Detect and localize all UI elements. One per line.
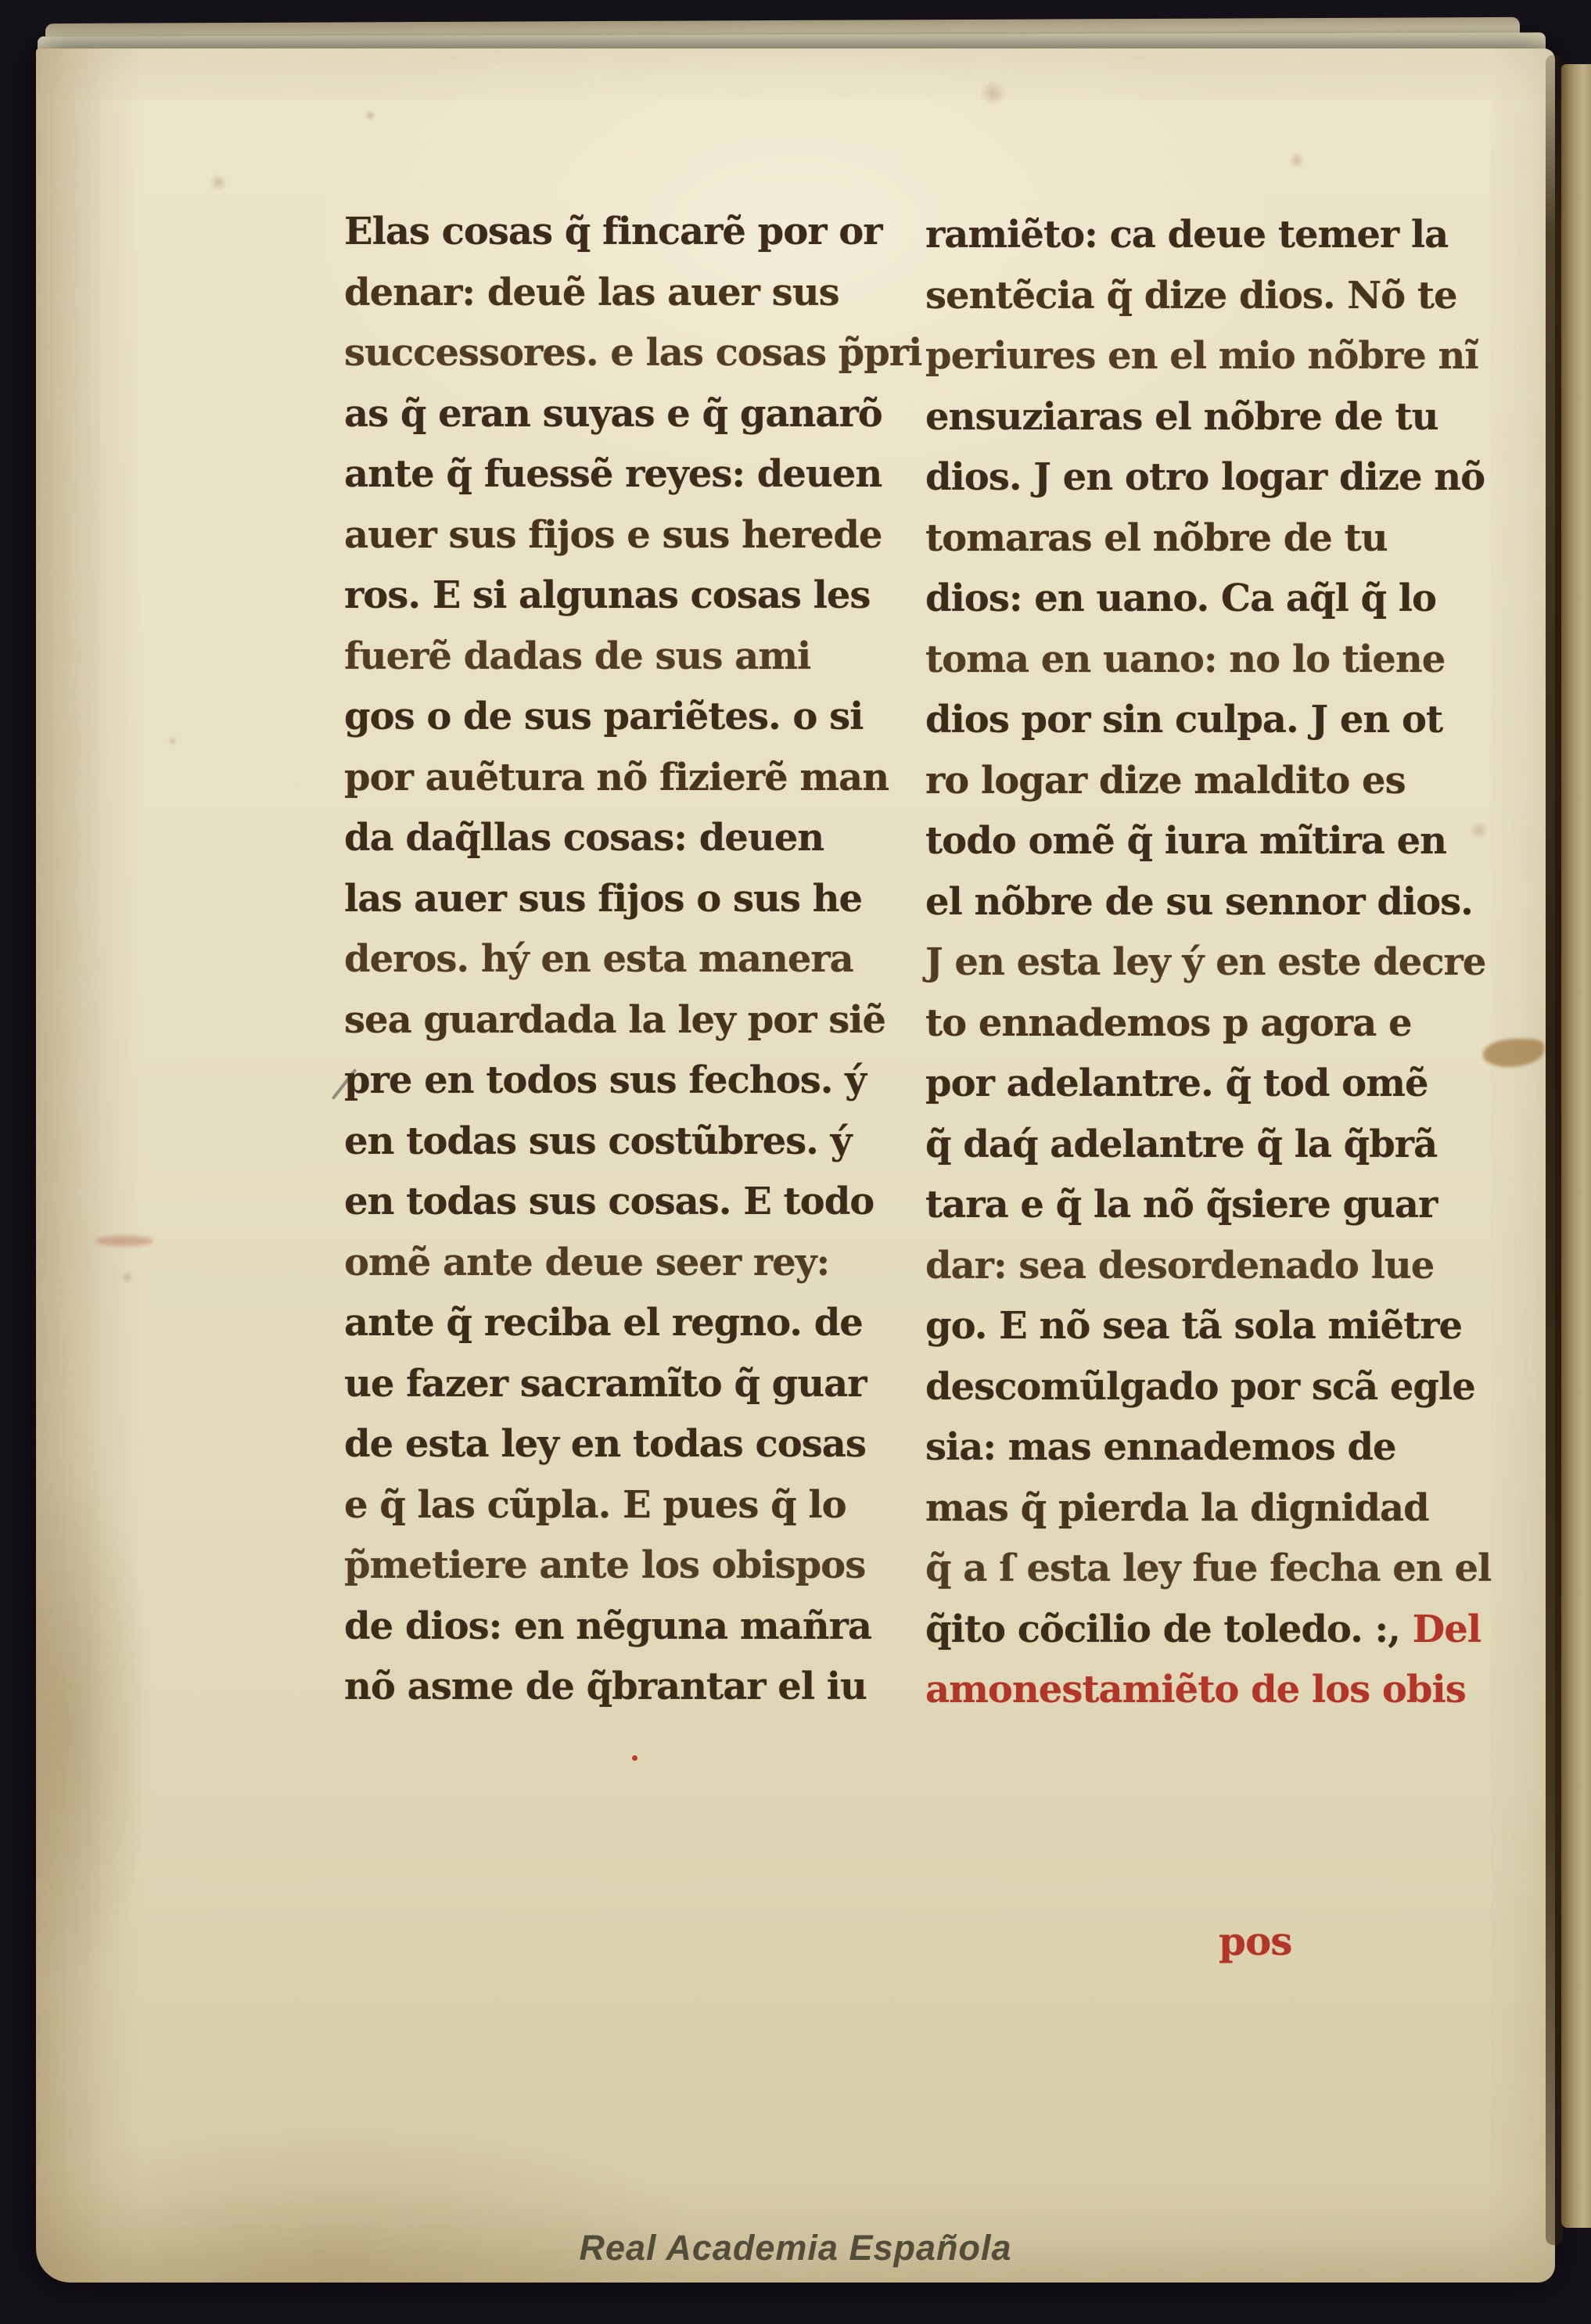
ink-text: ante q̃ reciba el regno. de bbox=[344, 1301, 863, 1345]
manuscript-photo: Elas cosas q̃ fincarẽ por ordenar: deuẽ … bbox=[0, 0, 1591, 2324]
ink-text: J en esta ley ý en este decre bbox=[925, 940, 1485, 984]
manuscript-line: toma en uano: no lo tiene bbox=[925, 630, 1496, 691]
manuscript-line: mas q̃ pierda la dignidad bbox=[925, 1478, 1496, 1539]
ink-text: periures en el mio nõbre nĩ bbox=[925, 334, 1478, 378]
ink-text: q̃ daq́ adelantre q̃ la q̃brã bbox=[925, 1122, 1437, 1166]
ink-text: pre en todos sus fechos. ý bbox=[344, 1058, 866, 1102]
ink-text: p̃metiere ante los obispos bbox=[344, 1543, 865, 1587]
manuscript-line: denar: deuẽ las auer sus bbox=[344, 263, 900, 324]
ink-text: auer sus fijos e sus herede bbox=[344, 513, 882, 557]
manuscript-line: de esta ley en todas cosas bbox=[344, 1414, 900, 1475]
ink-text: toma en uano: no lo tiene bbox=[925, 638, 1445, 681]
manuscript-line: todo omẽ q̃ iura mĩtira en bbox=[925, 811, 1496, 872]
manuscript-line: amonestamiẽto de los obis bbox=[925, 1660, 1496, 1721]
manuscript-line: dios por sin culpa. J en ot bbox=[925, 690, 1496, 751]
manuscript-line: ue fazer sacramĩto q̃ guar bbox=[344, 1354, 900, 1415]
ink-text: ros. E si algunas cosas les bbox=[344, 573, 870, 617]
ink-text: gos o de sus pariẽtes. o si bbox=[344, 695, 863, 738]
manuscript-line: J en esta ley ý en este decre bbox=[925, 932, 1496, 993]
manuscript-line: e q̃ las cũpla. E pues q̃ lo bbox=[344, 1475, 900, 1536]
manuscript-line: ro logar dize maldito es bbox=[925, 751, 1496, 812]
manuscript-line: tara e q̃ la nõ q̃siere guar bbox=[925, 1175, 1496, 1236]
manuscript-line: periures en el mio nõbre nĩ bbox=[925, 326, 1496, 387]
ink-text: dios por sin culpa. J en ot bbox=[925, 698, 1442, 742]
manuscript-line: gos o de sus pariẽtes. o si bbox=[344, 687, 900, 748]
manuscript-line: en todas sus costũbres. ý bbox=[344, 1112, 900, 1173]
red-pigment-smudge bbox=[95, 1236, 153, 1246]
ink-text: dios: en uano. Ca aq̃l q̃ lo bbox=[925, 577, 1436, 620]
manuscript-line: de dios: en nẽguna mañra bbox=[344, 1597, 900, 1658]
ink-text: dar: sea desordenado lue bbox=[925, 1244, 1434, 1288]
manuscript-line: sentẽcia q̃ dize dios. Nõ te bbox=[925, 266, 1496, 327]
ink-text: todo omẽ q̃ iura mĩtira en bbox=[925, 819, 1446, 863]
ink-text: ue fazer sacramĩto q̃ guar bbox=[344, 1362, 866, 1406]
manuscript-line: Elas cosas q̃ fincarẽ por or bbox=[344, 202, 900, 263]
ink-text: to ennademos p agora e bbox=[925, 1001, 1412, 1045]
manuscript-line: dar: sea desordenado lue bbox=[925, 1236, 1496, 1297]
manuscript-line: go. E nõ sea tã sola miẽtre bbox=[925, 1296, 1496, 1357]
ink-text: sia: mas ennademos de bbox=[925, 1425, 1396, 1469]
manuscript-line: en todas sus cosas. E todo bbox=[344, 1172, 900, 1233]
manuscript-line: q̃ito cõcilio de toledo. :, Del bbox=[925, 1600, 1496, 1661]
binding-gutter-shadow bbox=[1546, 55, 1563, 2245]
manuscript-line: ante q̃ reciba el regno. de bbox=[344, 1293, 900, 1354]
ink-text: e q̃ las cũpla. E pues q̃ lo bbox=[344, 1483, 846, 1527]
ink-text: sentẽcia q̃ dize dios. Nõ te bbox=[925, 274, 1457, 318]
manuscript-line: por auẽtura nõ fizierẽ man bbox=[344, 748, 900, 809]
rubric-text: Del bbox=[1400, 1607, 1481, 1651]
manuscript-line: tomaras el nõbre de tu bbox=[925, 508, 1496, 569]
manuscript-line: ramiẽto: ca deue temer la bbox=[925, 205, 1496, 266]
manuscript-line: q̃ daq́ adelantre q̃ la q̃brã bbox=[925, 1115, 1496, 1176]
manuscript-line: as q̃ eran suyas e q̃ ganarõ bbox=[344, 384, 900, 445]
manuscript-line: p̃metiere ante los obispos bbox=[344, 1536, 900, 1597]
ink-text: ante q̃ fuessẽ reyes: deuen bbox=[344, 452, 882, 496]
manuscript-line: dios. J en otro logar dize nõ bbox=[925, 447, 1496, 508]
ink-text: fuerẽ dadas de sus ami bbox=[344, 634, 810, 678]
manuscript-line: ante q̃ fuessẽ reyes: deuen bbox=[344, 444, 900, 505]
ink-text: las auer sus fijos o sus he bbox=[344, 877, 862, 921]
ink-text: descomũlgado por scã egle bbox=[925, 1365, 1475, 1409]
ink-text: de esta ley en todas cosas bbox=[344, 1422, 866, 1466]
manuscript-line: successores. e las cosas p̃pri bbox=[344, 323, 900, 384]
ink-text: nõ asme de q̃brantar el iu bbox=[344, 1665, 867, 1708]
ink-text: omẽ ante deue seer rey: bbox=[344, 1241, 829, 1284]
manuscript-line: por adelantre. q̃ tod omẽ bbox=[925, 1054, 1496, 1115]
manuscript-line: ros. E si algunas cosas les bbox=[344, 566, 900, 627]
ink-text: go. E nõ sea tã sola miẽtre bbox=[925, 1304, 1462, 1348]
ink-text: ensuziaras el nõbre de tu bbox=[925, 395, 1438, 439]
ink-text: successores. e las cosas p̃pri bbox=[344, 331, 921, 375]
manuscript-line: el nõbre de su sennor dios. bbox=[925, 872, 1496, 933]
manuscript-line: omẽ ante deue seer rey: bbox=[344, 1233, 900, 1294]
ink-text: ro logar dize maldito es bbox=[925, 759, 1406, 803]
ink-text: en todas sus cosas. E todo bbox=[344, 1180, 874, 1223]
manuscript-line: da daq̃llas cosas: deuen bbox=[344, 808, 900, 869]
ink-text: tara e q̃ la nõ q̃siere guar bbox=[925, 1183, 1437, 1227]
ink-text: mas q̃ pierda la dignidad bbox=[925, 1486, 1429, 1530]
ink-text: Elas cosas q̃ fincarẽ por or bbox=[344, 210, 882, 253]
manuscript-line: auer sus fijos e sus herede bbox=[344, 505, 900, 566]
ink-text: sea guardada la ley por siẽ bbox=[344, 998, 885, 1042]
next-folio-edge bbox=[1561, 64, 1591, 2228]
manuscript-line: nõ asme de q̃brantar el iu bbox=[344, 1657, 900, 1718]
manuscript-text-column-left: Elas cosas q̃ fincarẽ por ordenar: deuẽ … bbox=[344, 202, 900, 1718]
ink-text: q̃ito cõcilio de toledo. :, bbox=[925, 1607, 1400, 1651]
ink-text: por adelantre. q̃ tod omẽ bbox=[925, 1061, 1428, 1105]
ink-text: deros. hý en esta manera bbox=[344, 937, 853, 981]
ink-text: tomaras el nõbre de tu bbox=[925, 516, 1388, 560]
ink-text: denar: deuẽ las auer sus bbox=[344, 271, 839, 314]
ink-text: en todas sus costũbres. ý bbox=[344, 1119, 851, 1163]
manuscript-line: q̃ a ſ esta ley fue fecha en el bbox=[925, 1539, 1496, 1600]
manuscript-line: pre en todos sus fechos. ý bbox=[344, 1051, 900, 1112]
manuscript-line: deros. hý en esta manera bbox=[344, 929, 900, 990]
ink-text: ramiẽto: ca deue temer la bbox=[925, 213, 1448, 257]
manuscript-line: ensuziaras el nõbre de tu bbox=[925, 387, 1496, 448]
manuscript-line: fuerẽ dadas de sus ami bbox=[344, 627, 900, 688]
manuscript-line: to ennademos p agora e bbox=[925, 993, 1496, 1054]
manuscript-line: dios: en uano. Ca aq̃l q̃ lo bbox=[925, 569, 1496, 630]
ink-text: por auẽtura nõ fizierẽ man bbox=[344, 756, 889, 799]
rubric-catchword: pos bbox=[1219, 1918, 1291, 1964]
ink-text: da daq̃llas cosas: deuen bbox=[344, 816, 824, 860]
ink-text: as q̃ eran suyas e q̃ ganarõ bbox=[344, 392, 882, 436]
ink-text: dios. J en otro logar dize nõ bbox=[925, 455, 1485, 499]
institution-watermark: Real Academia Española bbox=[0, 2228, 1591, 2268]
rubric-text: amonestamiẽto de los obis bbox=[925, 1668, 1466, 1712]
manuscript-line: sea guardada la ley por siẽ bbox=[344, 990, 900, 1051]
ink-text: q̃ a ſ esta ley fue fecha en el bbox=[925, 1546, 1491, 1590]
ink-text: el nõbre de su sennor dios. bbox=[925, 880, 1473, 924]
manuscript-line: las auer sus fijos o sus he bbox=[344, 869, 900, 930]
manuscript-text-column-right: ramiẽto: ca deue temer lasentẽcia q̃ diz… bbox=[925, 205, 1496, 1721]
ink-text: de dios: en nẽguna mañra bbox=[344, 1604, 871, 1648]
manuscript-line: sia: mas ennademos de bbox=[925, 1417, 1496, 1478]
manuscript-line: descomũlgado por scã egle bbox=[925, 1357, 1496, 1418]
red-ink-dot bbox=[632, 1755, 637, 1761]
